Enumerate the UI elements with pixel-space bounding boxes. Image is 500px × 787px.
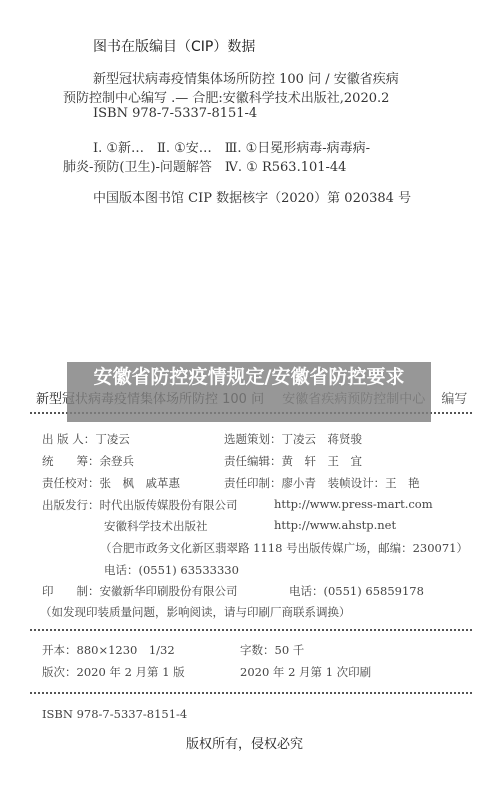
coordinator-label: 统 筹： [42, 454, 100, 468]
headline-text: 安徽省防控疫情规定/安徽省防控要求 [67, 366, 431, 389]
printing-label: 责任印制： [224, 476, 282, 490]
design-label: 装帧设计： [328, 476, 386, 490]
address: （合肥市政务文化新区翡翠路 1118 号出版传媒广场，邮编：230071） [100, 540, 468, 556]
proofreader-label: 责任校对： [42, 476, 100, 490]
word-count: 字数：50 千 [240, 642, 304, 658]
format-spec: 开本：880×1230 1/32 [42, 642, 175, 658]
distribution-row: 出版发行：时代出版传媒股份有限公司 [42, 497, 238, 513]
cip-library-number: 中国版本图书馆 CIP 数据核字（2020）第 020384 号 [93, 187, 411, 206]
publisher-person: 丁凌云 [95, 432, 130, 446]
cip-title: 图书在版编目（CIP）数据 [93, 36, 255, 56]
credit-row-3b: 责任印制：廖小青 装帧设计：王 艳 [224, 475, 420, 491]
printer-phone: 电话：(0551) 65859178 [289, 583, 424, 599]
proofreader: 张 枫 戚革惠 [100, 476, 181, 490]
quality-notice: （如发现印装质量问题，影响阅读，请与印刷厂商联系调换） [40, 604, 351, 620]
copyright-notice: 版权所有，侵权必究 [186, 733, 303, 752]
topic-planner: 丁凌云 蒋贤骏 [282, 432, 363, 446]
distributor-1: 时代出版传媒股份有限公司 [100, 498, 238, 512]
distribution-label: 出版发行： [42, 498, 100, 512]
publisher-person-label: 出 版 人： [42, 432, 95, 446]
coordinator: 余登兵 [100, 454, 135, 468]
editor: 黄 轩 王 宜 [282, 454, 363, 468]
designer: 王 艳 [385, 476, 420, 490]
divider-bottom [30, 692, 472, 694]
credit-row-3: 责任校对：张 枫 戚革惠 [42, 475, 180, 491]
credit-row-1: 出 版 人：丁凌云 [42, 431, 130, 447]
printing-date: 2020 年 2 月第 1 次印刷 [240, 664, 371, 680]
url-1[interactable]: http://www.press-mart.com [274, 497, 433, 511]
topic-planner-label: 选题策划： [224, 432, 282, 446]
cip-line-2: 预防控制中心编写 .— 合肥:安徽科学技术出版社,2020.2 [63, 87, 389, 106]
headline-overlay: 安徽省防控疫情规定/安徽省防控要求 [67, 362, 431, 422]
publisher-phone: 电话：(0551) 63533330 [104, 562, 239, 578]
edit-label: 编写 [441, 392, 467, 407]
cip-classification-1: Ⅰ. ①新… Ⅱ. ①安… Ⅲ. ①日冕形病毒-病毒病- [93, 137, 370, 156]
url-2[interactable]: http://www.ahstp.net [274, 518, 396, 532]
editor-label: 责任编辑： [224, 454, 282, 468]
cip-line-1: 新型冠状病毒疫情集体场所防控 100 问 / 安徽省疾病 [93, 68, 399, 87]
printer: 安徽新华印刷股份有限公司 [100, 584, 238, 598]
credit-row-1b: 选题策划：丁凌云 蒋贤骏 [224, 431, 362, 447]
footer-isbn: ISBN 978-7-5337-8151-4 [42, 707, 187, 721]
divider-middle [30, 629, 472, 631]
credit-row-2b: 责任编辑：黄 轩 王 宜 [224, 453, 362, 469]
cip-isbn: ISBN 978-7-5337-8151-4 [93, 106, 257, 121]
printer-label: 印 制： [42, 584, 100, 598]
printing-manager: 廖小青 [282, 476, 317, 490]
distributor-2: 安徽科学技术出版社 [104, 518, 208, 534]
printer-row: 印 制：安徽新华印刷股份有限公司 [42, 583, 238, 599]
credit-row-2: 统 筹：余登兵 [42, 453, 134, 469]
cip-classification-2: 肺炎-预防(卫生)-问题解答 Ⅳ. ① R563.101-44 [63, 156, 346, 175]
edition: 版次：2020 年 2 月第 1 版 [42, 664, 185, 680]
